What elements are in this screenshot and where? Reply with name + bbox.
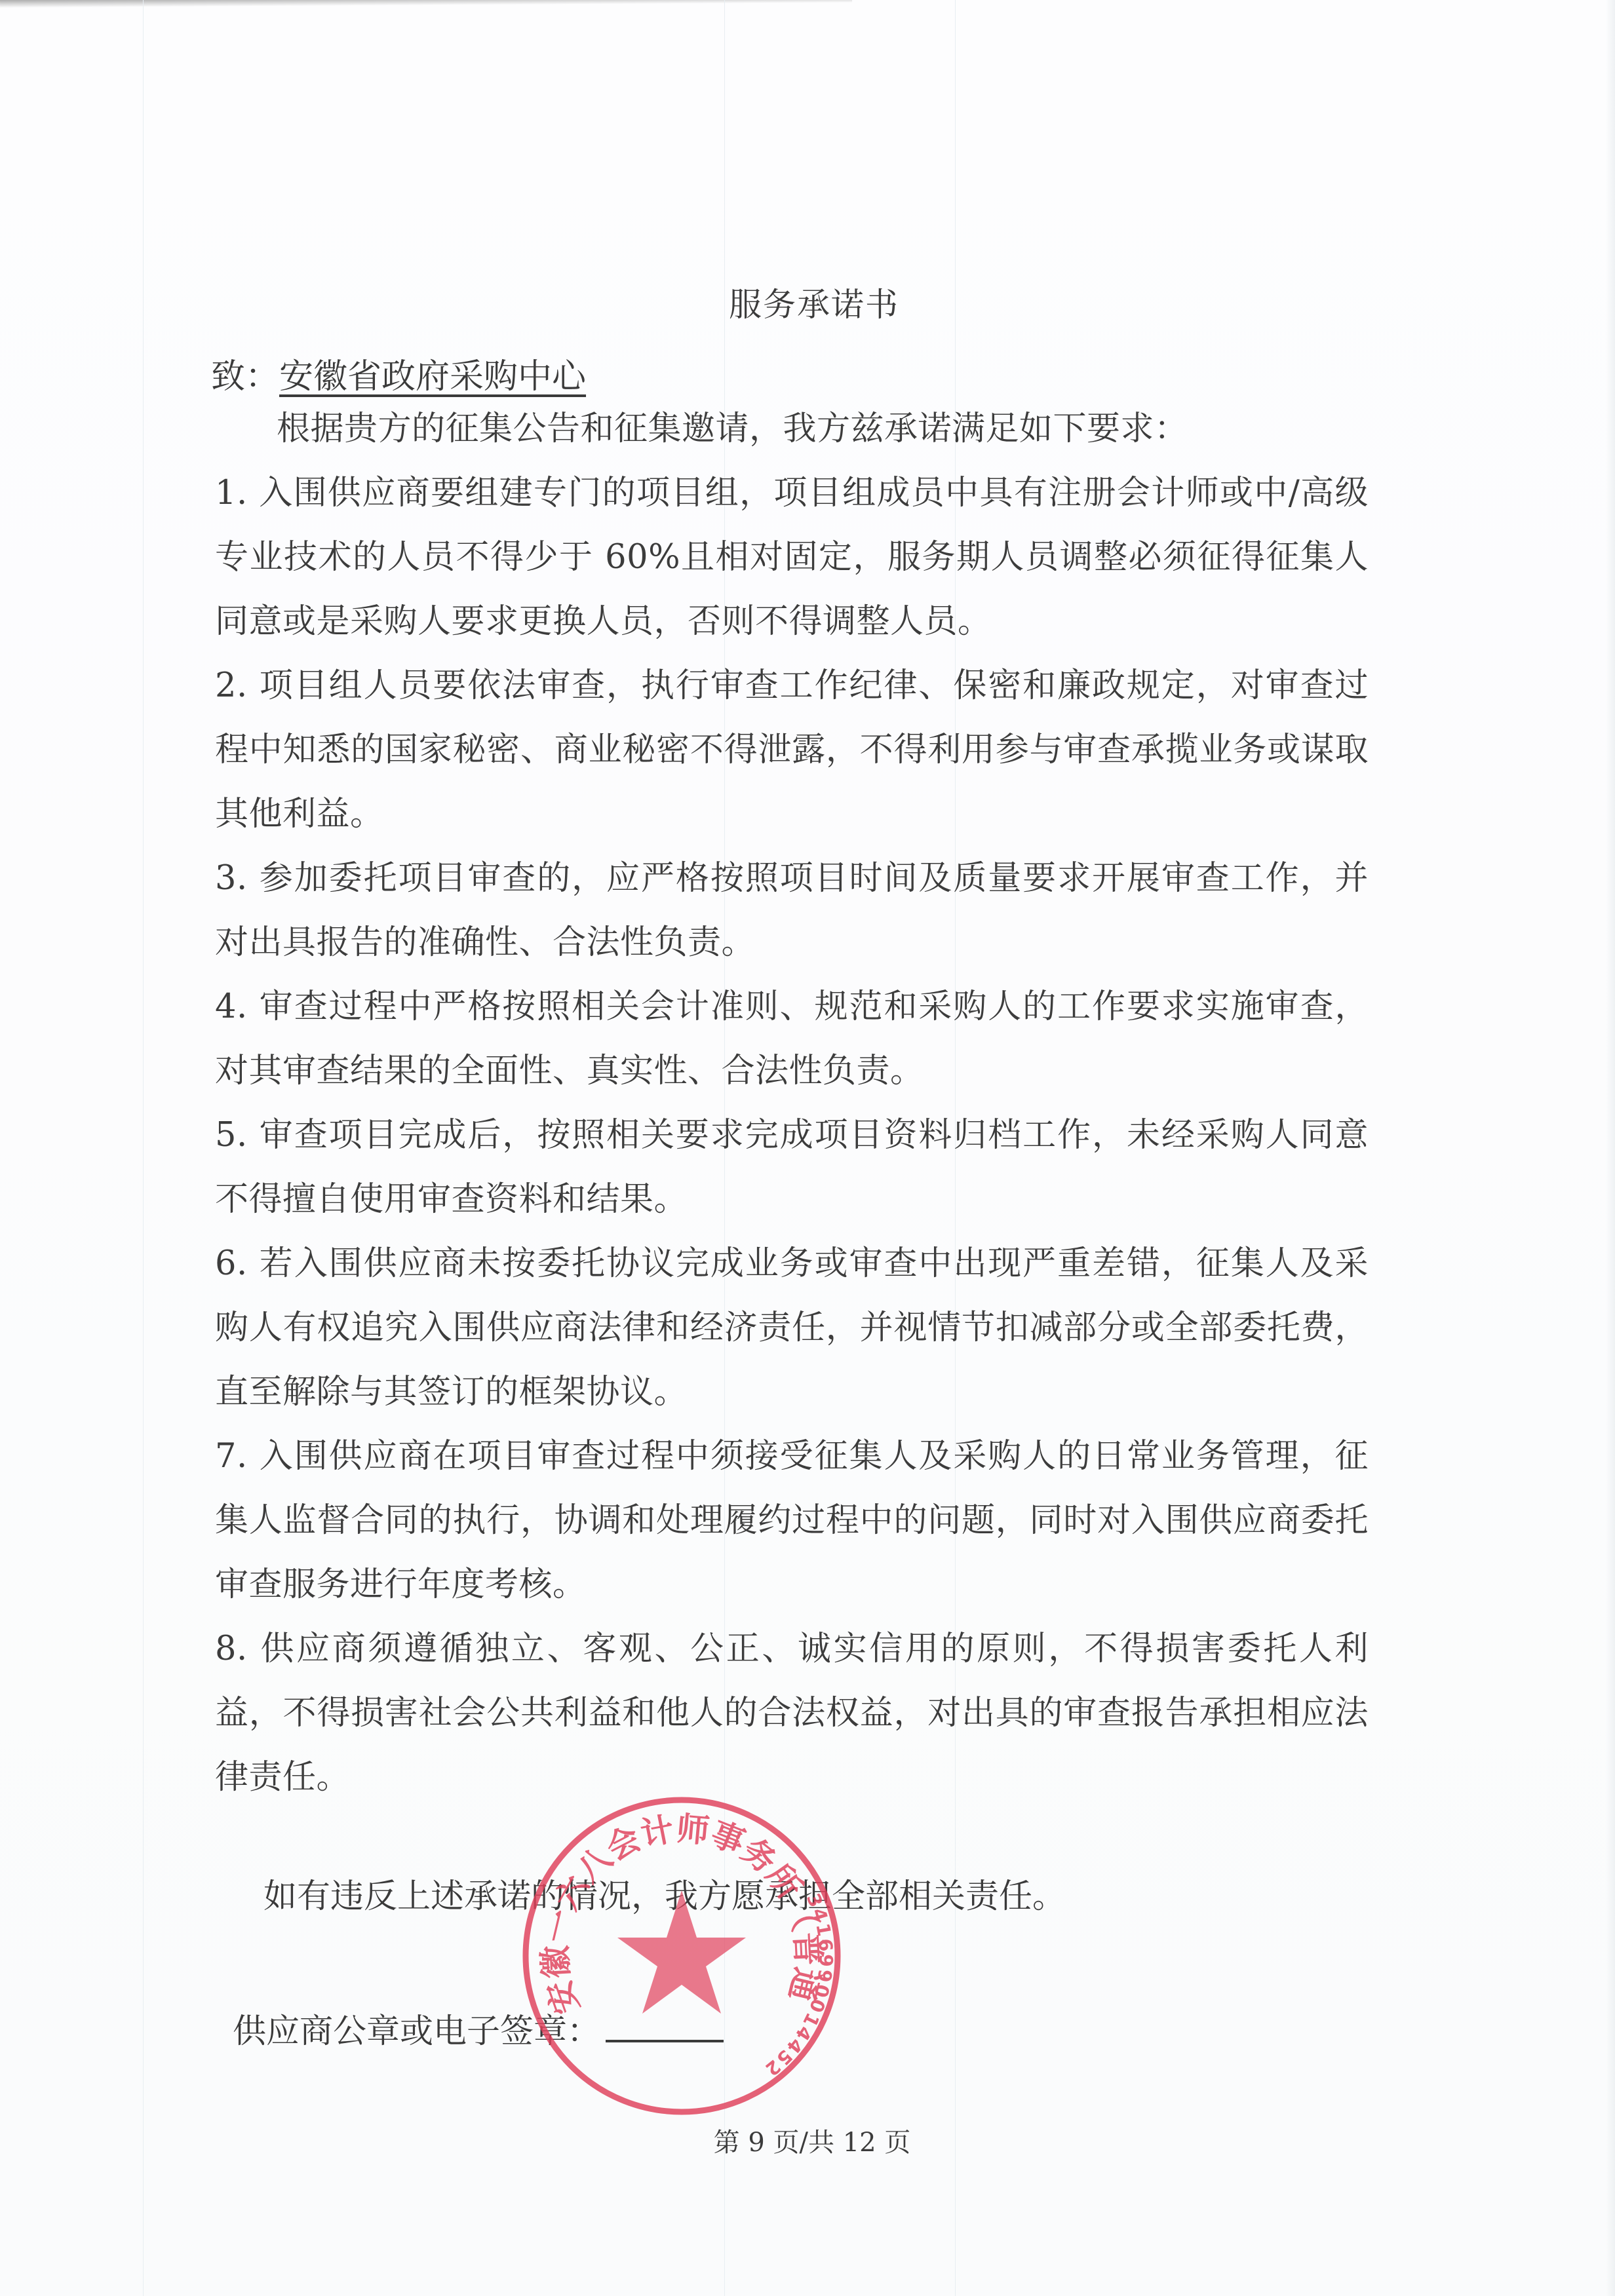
signature-field: 供应商公章或电子签章： — [233, 2004, 724, 2052]
to-label: 致： — [211, 357, 279, 396]
page-right-edge — [1606, 0, 1615, 2296]
commitment-item-8: 8. 供应商须遵循独立、客观、公正、诚实信用的原则，不得损害委托人利益，不得损害… — [215, 1617, 1369, 1810]
commitment-list: 1. 入围供应商要组建专门的项目组，项目组成员中具有注册会计师或中/高级专业技术… — [215, 461, 1369, 1810]
commitment-item-5: 5. 审查项目完成后，按照相关要求完成项目资料归档工作，未经采购人同意不得擅自使… — [215, 1103, 1369, 1232]
intro-paragraph: 根据贵方的征集公告和征集邀请，我方兹承诺满足如下要求： — [215, 397, 1369, 461]
recipient-line: 致：安徽省政府采购中心 — [211, 349, 586, 398]
company-seal-icon: 安徽一六八会计师事务所（普通合伙） 3416990014452 — [518, 1792, 846, 2120]
page-number-footer: 第 9 页/共 12 页 — [0, 2122, 1615, 2159]
scanned-page: 服务承诺书 致：安徽省政府采购中心 根据贵方的征集公告和征集邀请，我方兹承诺满足… — [0, 0, 1615, 2296]
recipient-name: 安徽省政府采购中心 — [279, 357, 586, 396]
commitment-item-6: 6. 若入围供应商未按委托协议完成业务或审查中出现严重差错，征集人及采购人有权追… — [215, 1232, 1369, 1425]
commitment-item-4: 4. 审查过程中严格按照相关会计准则、规范和采购人的工作要求实施审查，对其审查结… — [215, 975, 1369, 1103]
signature-label: 供应商公章或电子签章： — [233, 2004, 600, 2052]
scan-artifact-line — [143, 0, 144, 2296]
commitment-item-3: 3. 参加委托项目审查的，应严格按照项目时间及质量要求开展审查工作，并对出具报告… — [215, 847, 1369, 975]
commitment-item-1: 1. 入围供应商要组建专门的项目组，项目组成员中具有注册会计师或中/高级专业技术… — [215, 461, 1369, 654]
signature-blank-line — [606, 2014, 724, 2042]
document-title: 服务承诺书 — [0, 278, 1615, 326]
svg-text:3416990014452: 3416990014452 — [760, 1890, 837, 2082]
commitment-item-2: 2. 项目组人员要依法审查，执行审查工作纪律、保密和廉政规定，对审查过程中知悉的… — [215, 654, 1369, 847]
closing-statement: 如有违反上述承诺的情况，我方愿承担全部相关责任。 — [263, 1869, 1066, 1917]
seal-code-text: 3416990014452 — [760, 1890, 837, 2082]
commitment-item-7: 7. 入围供应商在项目审查过程中须接受征集人及采购人的日常业务管理，征集人监督合… — [215, 1425, 1369, 1617]
